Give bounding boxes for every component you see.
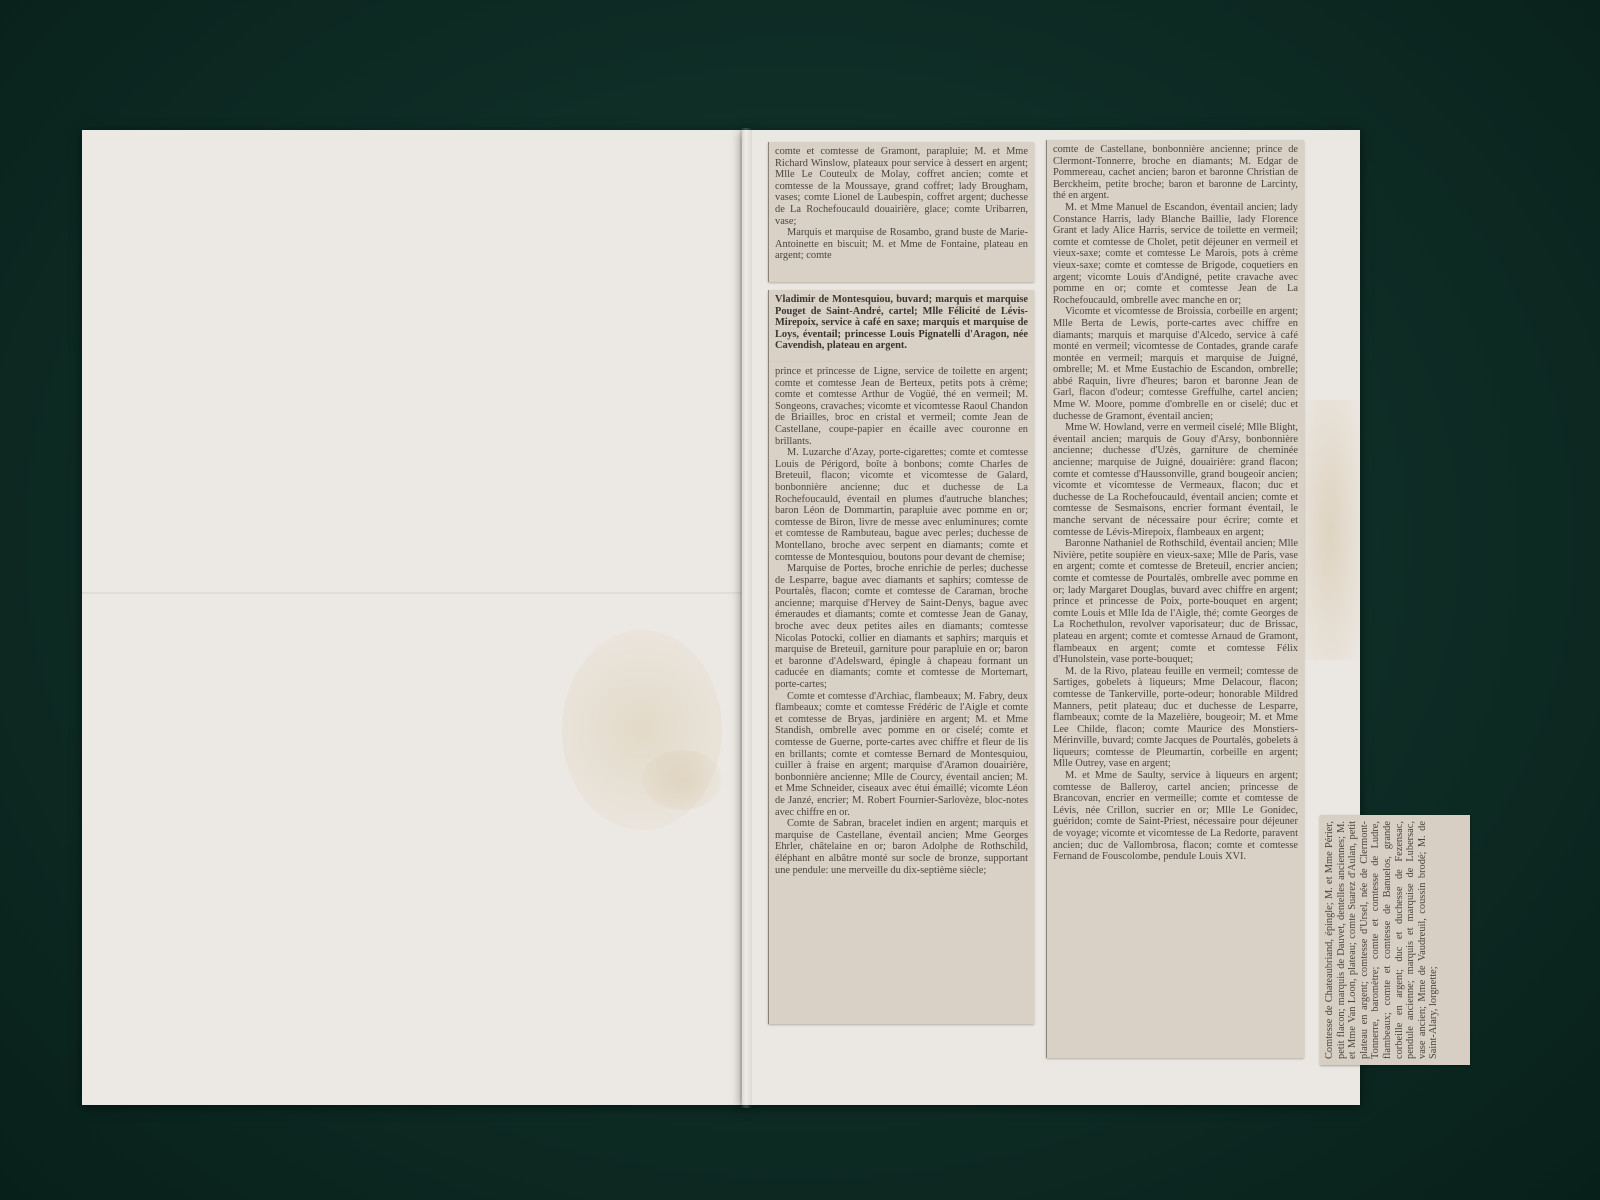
clipping-col1-bold: Vladimir de Montesquiou, buvard; marquis… [768, 290, 1034, 362]
rotated-clipping: Comtesse de Chateaubriand, épingle; M. e… [1320, 815, 1470, 1065]
age-stain [642, 750, 722, 810]
fold-crease [82, 592, 750, 594]
age-stain [1300, 400, 1360, 660]
clipping-col1-top: comte et comtesse de Gramont, parapluie;… [768, 142, 1034, 282]
clipping-col2: comte de Castellane, bonbonnière ancienn… [1046, 140, 1304, 1058]
clipping-col1-main: prince et princesse de Ligne, service de… [768, 362, 1034, 1024]
page-gutter [740, 128, 752, 1108]
blank-left-page [82, 130, 750, 1105]
